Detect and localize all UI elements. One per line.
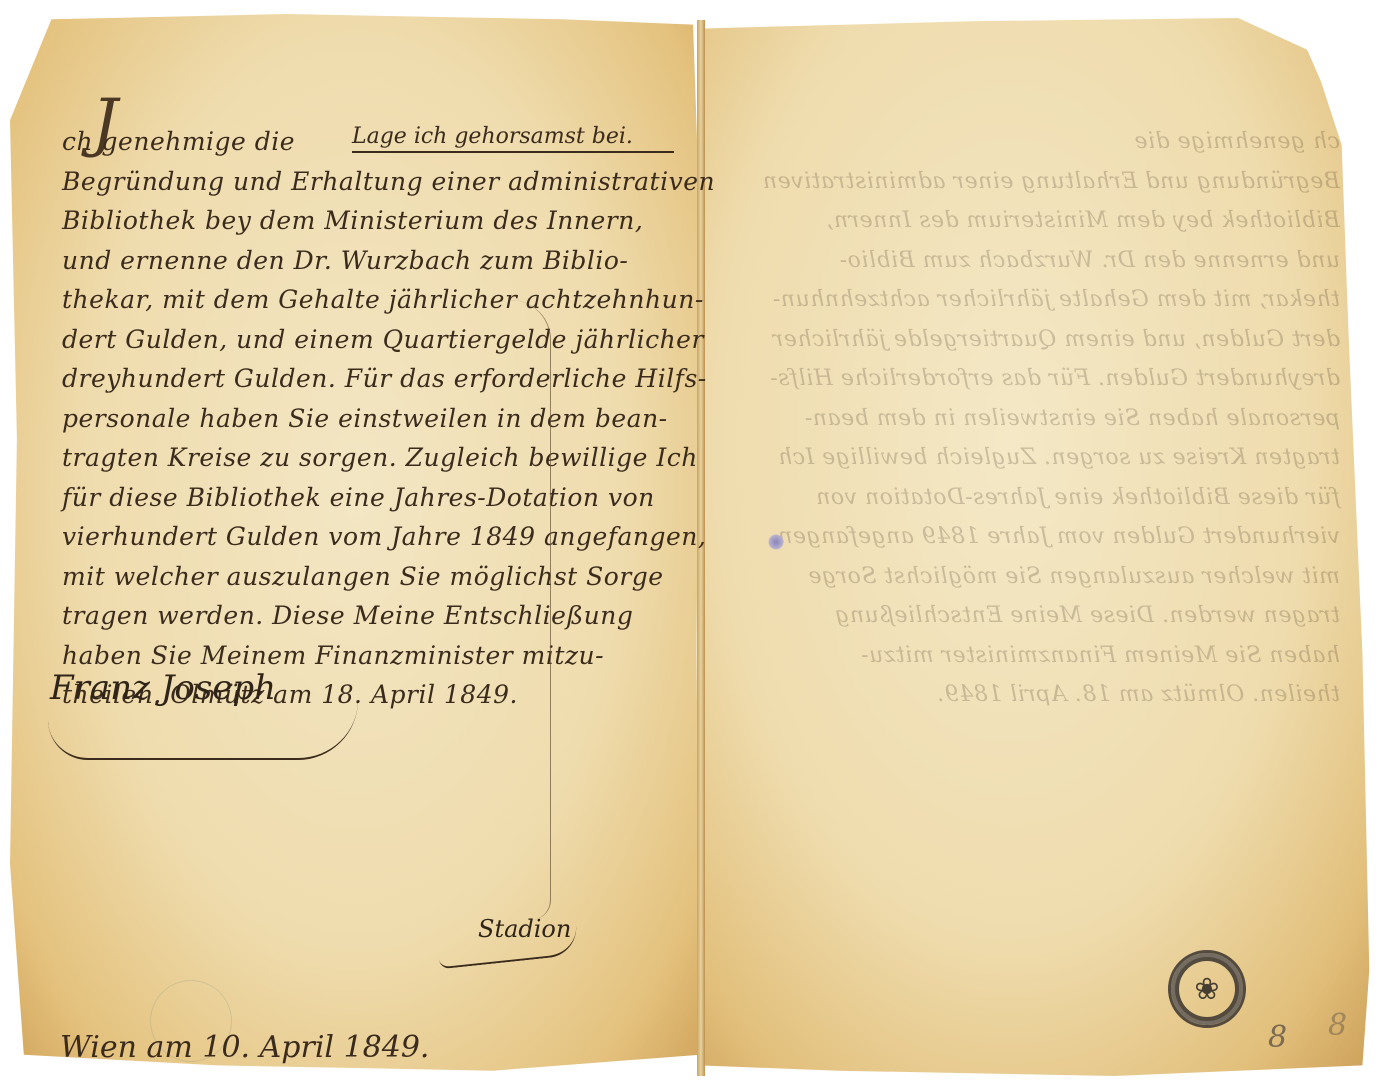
text-line: und ernenne den Dr. Wurzbach zum Biblio- (62, 241, 702, 281)
bleed-line: thekar, mit dem Gehalte jährlicher achtz… (740, 280, 1340, 320)
bleed-through-text: ch genehmige die Begründung und Erhaltun… (740, 122, 1340, 715)
bleed-line: Begründung und Erhaltung einer administr… (740, 162, 1340, 202)
text-line: thekar, mit dem Gehalte jährlicher achtz… (62, 280, 702, 320)
text-line: ch genehmige die (62, 122, 702, 162)
signature-flourish (48, 700, 358, 760)
ink-spot (768, 534, 784, 550)
text-line: Bibliothek bey dem Ministerium des Inner… (62, 201, 702, 241)
bleed-line: dert Gulden, und einem Quartiergelde jäh… (740, 320, 1340, 360)
bleed-line: für diese Bibliothek eine Jahres-Dotatio… (740, 478, 1340, 518)
folio-number: 8 (1328, 1008, 1347, 1043)
text-line: dreyhundert Gulden. Für das erforderlich… (62, 359, 702, 399)
folio-number: 8 (1268, 1020, 1287, 1055)
text-line: dert Gulden, und einem Quartiergelde jäh… (62, 320, 702, 360)
bleed-line: haben Sie Meinem Finanzminister mitzu- (740, 636, 1340, 676)
bleed-line: personale haben Sie einstweilen in dem b… (740, 399, 1340, 439)
text-line: personale haben Sie einstweilen in dem b… (62, 399, 702, 439)
place-date-note: Wien am 10. April 1849. (60, 1030, 429, 1065)
decree-text: ch genehmige die Begründung und Erhaltun… (62, 122, 702, 715)
bleed-line: tragen werden. Diese Meine Entschließung (740, 596, 1340, 636)
bleed-line: dreyhundert Gulden. Für das erforderlich… (740, 359, 1340, 399)
bleed-line: vierhundert Gulden vom Jahre 1849 angefa… (740, 517, 1340, 557)
text-line: vierhundert Gulden vom Jahre 1849 angefa… (62, 517, 702, 557)
library-stamp: ❀ (1168, 950, 1246, 1028)
binding-thread (510, 300, 551, 920)
bleed-line: mit welcher auszulangen Sie möglichst So… (740, 557, 1340, 597)
bleed-line: theilen. Olmütz am 18. April 1849. (740, 675, 1340, 715)
text-line: für diese Bibliothek eine Jahres-Dotatio… (62, 478, 702, 518)
eagle-emblem-icon: ❀ (1194, 972, 1219, 1007)
bleed-line: und ernenne den Dr. Wurzbach zum Biblio- (740, 241, 1340, 281)
bleed-line: Bibliothek bey dem Ministerium des Inner… (740, 201, 1340, 241)
bleed-line: tragten Kreise zu sorgen. Zugleich bewil… (740, 438, 1340, 478)
text-line: tragten Kreise zu sorgen. Zugleich bewil… (62, 438, 702, 478)
text-line: Begründung und Erhaltung einer administr… (62, 162, 702, 202)
bleed-line: ch genehmige die (740, 122, 1340, 162)
text-line: mit welcher auszulangen Sie möglichst So… (62, 557, 702, 597)
text-line: tragen werden. Diese Meine Entschließung (62, 596, 702, 636)
